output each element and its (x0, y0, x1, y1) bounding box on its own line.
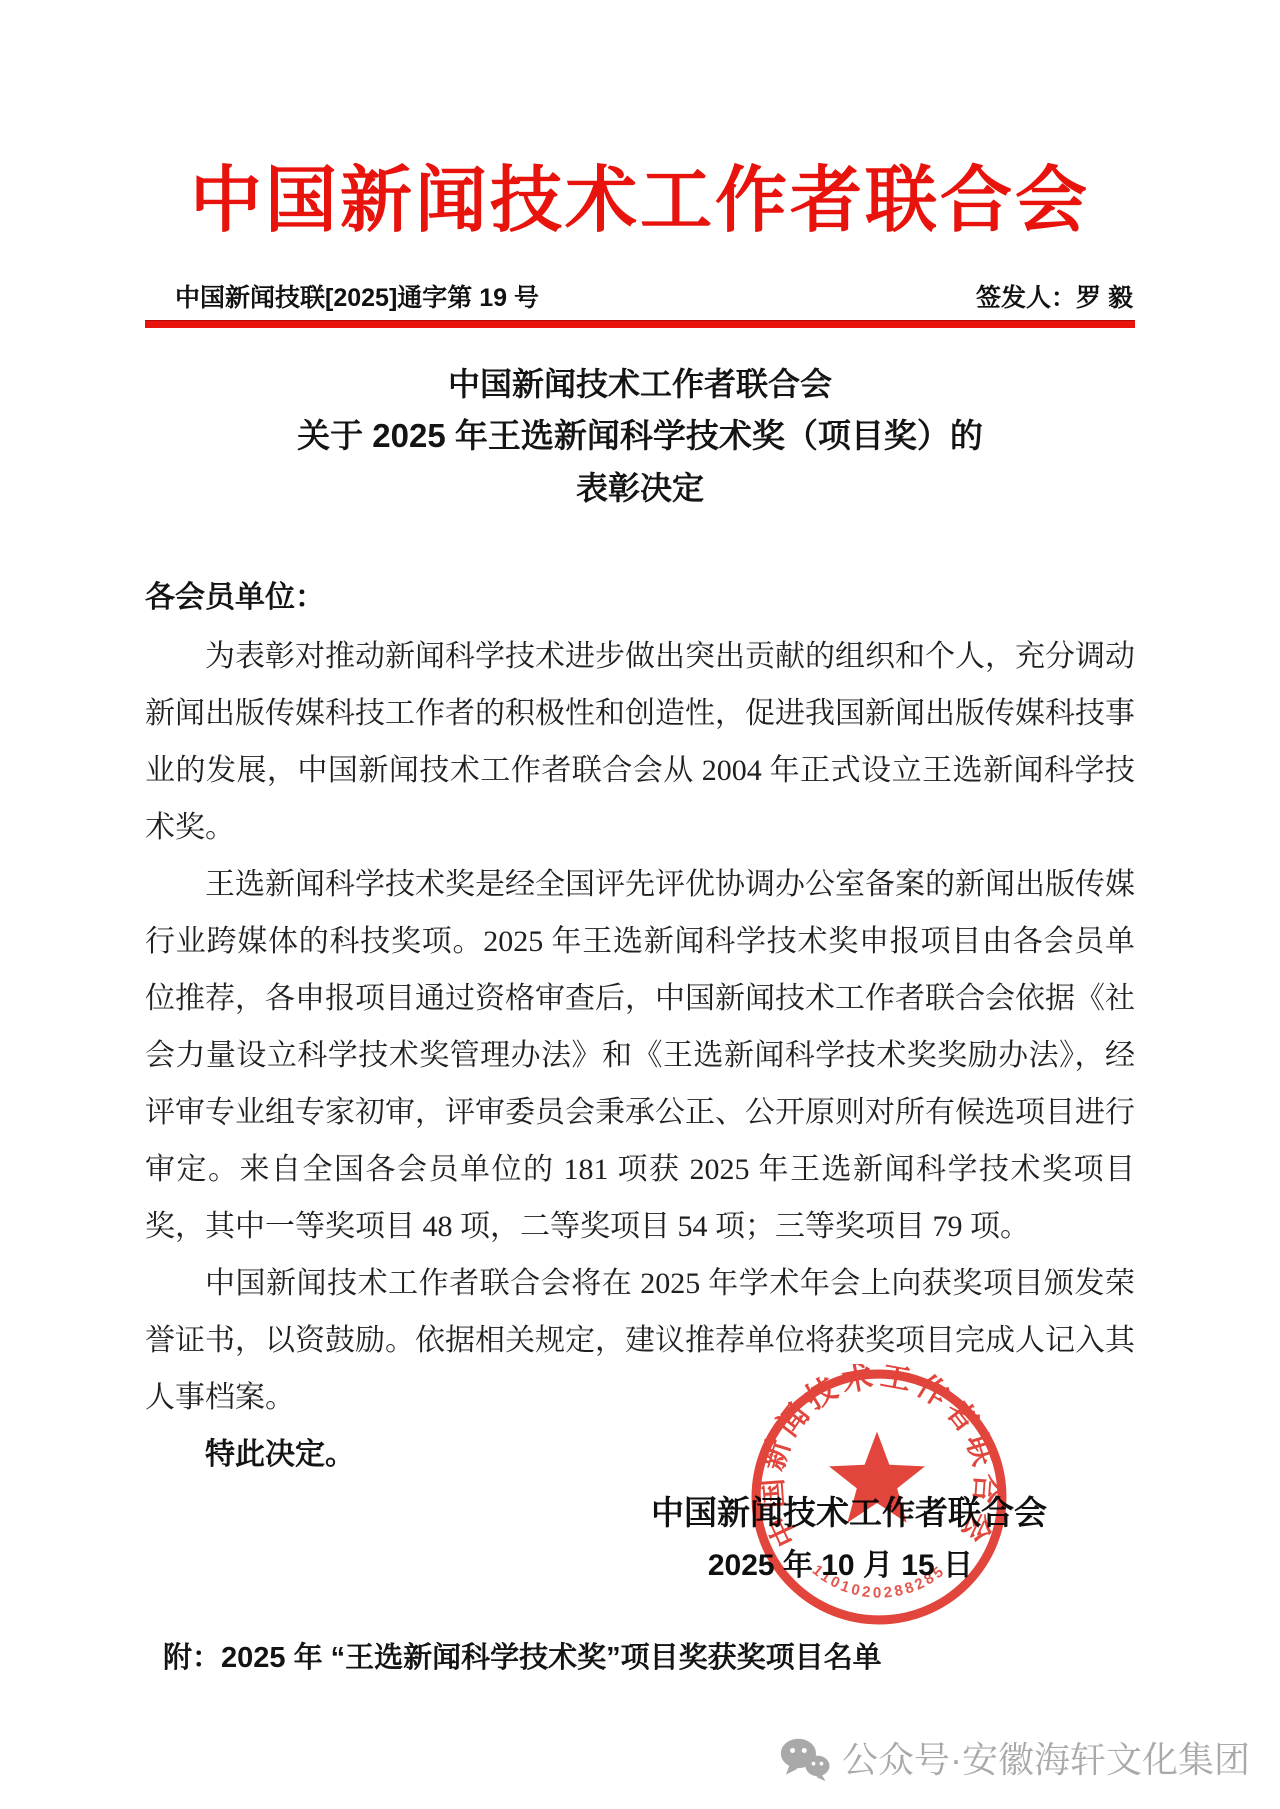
attachment-note: 附：2025 年 “王选新闻科学技术奖”项目奖获奖项目名单 (163, 1640, 882, 1676)
document-meta-row: 中国新闻技联[2025]通字第 19 号 签发人：罗 毅 (145, 282, 1135, 314)
footer-watermark: 公众号·安徽海轩文化集团 (780, 1738, 1250, 1782)
footer-account-text: 公众号·安徽海轩文化集团 (842, 1738, 1250, 1782)
body-text: 为表彰对推动新闻科学技术进步做出突出贡献的组织和个人，充分调动新闻出版传媒科技工… (145, 628, 1135, 1426)
org-masthead-title: 中国新闻技术工作者联合会 (145, 162, 1135, 240)
doc-title-line-2: 关于 2025 年王选新闻科学技术奖（项目奖）的 (145, 410, 1135, 462)
paragraph-2: 王选新闻科学技术奖是经全国评先评优协调办公室备案的新闻出版传媒行业跨媒体的科技奖… (145, 856, 1135, 1255)
red-divider (145, 320, 1135, 328)
issuer: 签发人：罗 毅 (976, 282, 1133, 314)
paragraph-3: 中国新闻技术工作者联合会将在 2025 年学术年会上向获奖项目颁发荣誉证书，以资… (145, 1255, 1135, 1426)
wechat-icon (780, 1738, 830, 1782)
doc-title-block: 中国新闻技术工作者联合会 关于 2025 年王选新闻科学技术奖（项目奖）的 表彰… (145, 358, 1135, 514)
signature-date: 2025 年 10 月 15 日 (708, 1548, 973, 1584)
decision-line: 特此决定。 (145, 1426, 1135, 1483)
doc-title-line-1: 中国新闻技术工作者联合会 (145, 358, 1135, 410)
doc-title-line-3: 表彰决定 (145, 462, 1135, 514)
salutation: 各会员单位： (145, 580, 1135, 616)
doc-number: 中国新闻技联[2025]通字第 19 号 (175, 282, 539, 314)
document-page: 中国新闻技术工作者联合会 中国新闻技联[2025]通字第 19 号 签发人：罗 … (0, 0, 1280, 1483)
signature-org: 中国新闻技术工作者联合会 (651, 1494, 1047, 1532)
paragraph-1: 为表彰对推动新闻科学技术进步做出突出贡献的组织和个人，充分调动新闻出版传媒科技工… (145, 628, 1135, 856)
